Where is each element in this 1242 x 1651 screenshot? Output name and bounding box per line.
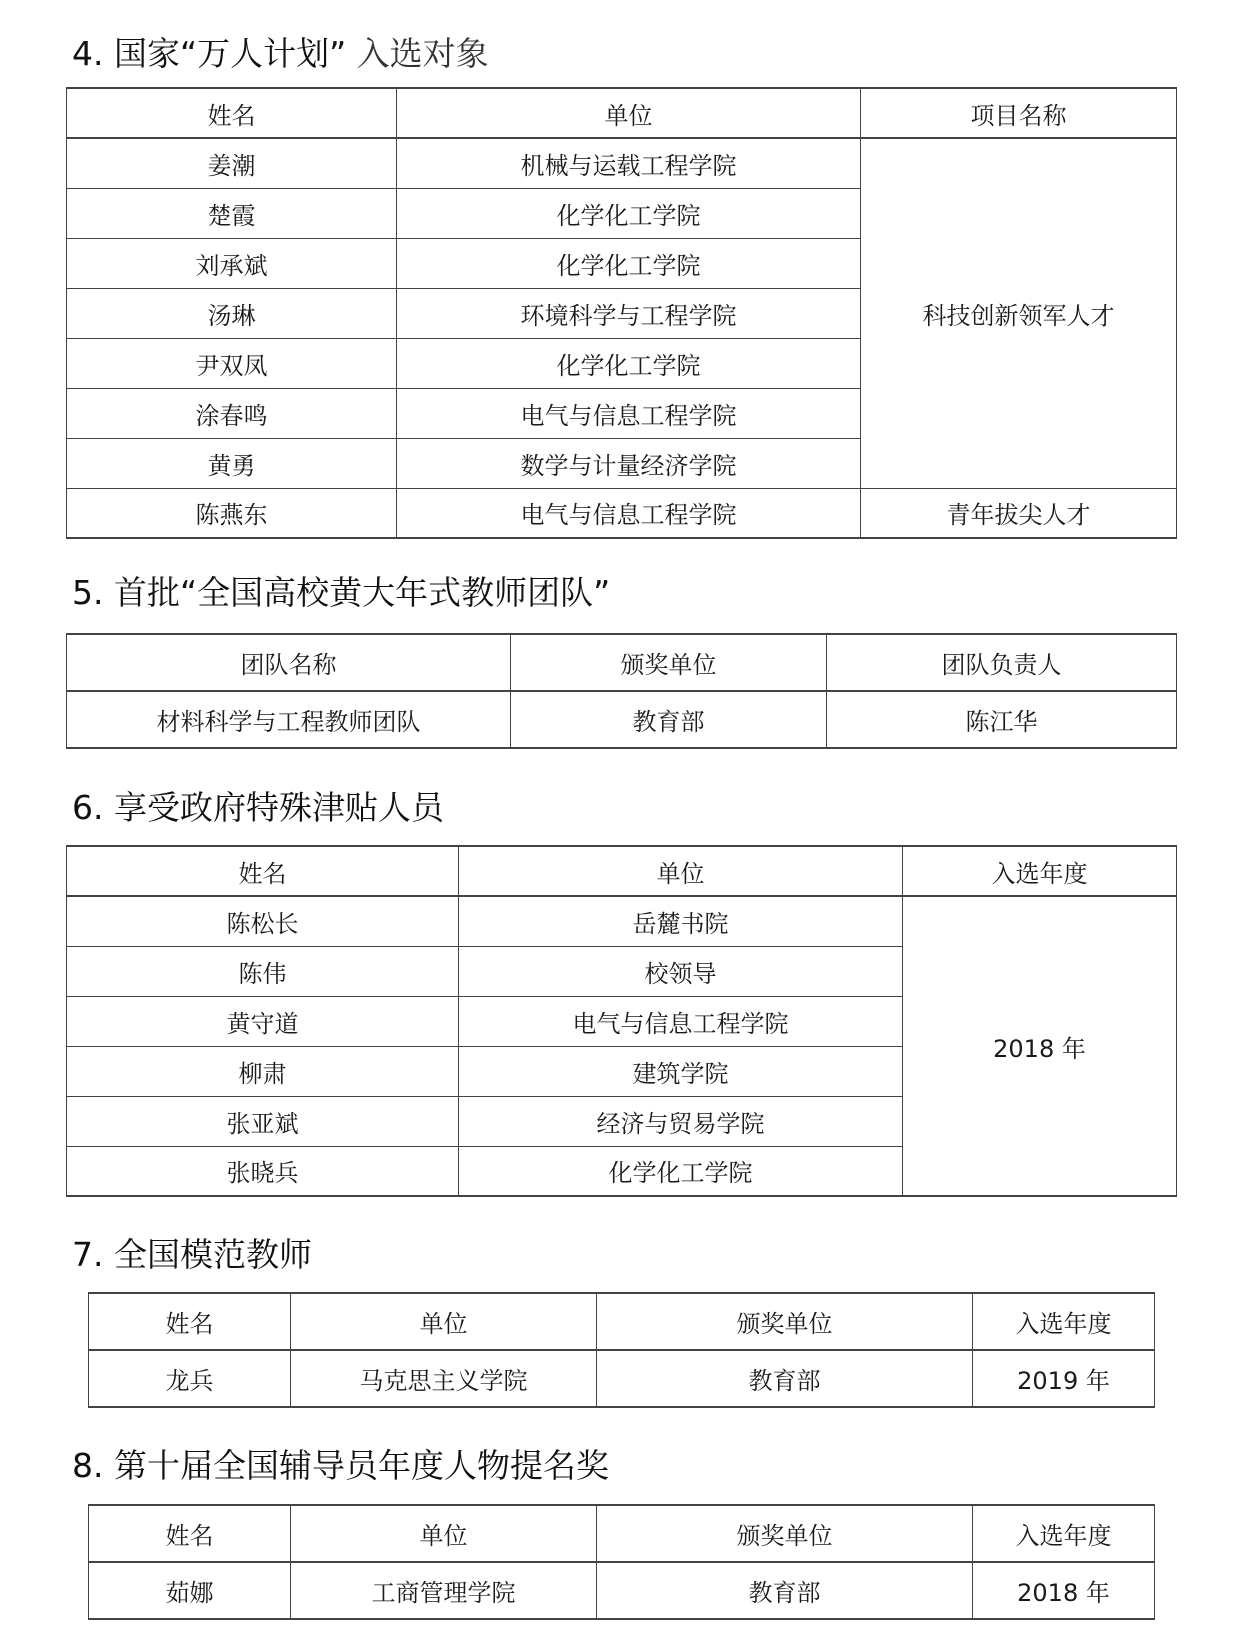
cell-unit: 马克思主义学院 (291, 1350, 597, 1407)
header-awarder: 颁奖单位 (597, 1293, 973, 1350)
table-counselor-nominee: 姓名 单位 颁奖单位 入选年度 茹娜 工商管理学院 教育部 2018 年 (88, 1504, 1155, 1620)
cell-name: 张亚斌 (67, 1096, 459, 1146)
table-row: 姜潮 机械与运载工程学院 科技创新领军人才 (67, 138, 1177, 188)
table-header-row: 姓名 单位 项目名称 (67, 88, 1177, 138)
table-header-row: 团队名称 颁奖单位 团队负责人 (67, 634, 1177, 691)
header-unit: 单位 (397, 88, 861, 138)
cell-unit: 电气与信息工程学院 (397, 388, 861, 438)
cell-name: 姜潮 (67, 138, 397, 188)
cell-unit: 工商管理学院 (291, 1562, 597, 1619)
section-4-title-main: 4. 国家“万人计划” (72, 34, 346, 73)
table-row: 茹娜 工商管理学院 教育部 2018 年 (89, 1562, 1155, 1619)
header-awarder: 颁奖单位 (597, 1505, 973, 1562)
cell-name: 楚霞 (67, 188, 397, 238)
header-year: 入选年度 (973, 1293, 1155, 1350)
header-unit: 单位 (291, 1505, 597, 1562)
section-6-title: 6. 享受政府特殊津贴人员 (72, 788, 444, 828)
header-unit: 单位 (459, 846, 903, 896)
section-5-title: 5. 首批“全国高校黄大年式教师团队” (72, 573, 610, 613)
cell-unit: 经济与贸易学院 (459, 1096, 903, 1146)
cell-year-merged: 2018 年 (903, 896, 1177, 1196)
header-project: 项目名称 (861, 88, 1177, 138)
cell-unit: 环境科学与工程学院 (397, 288, 861, 338)
cell-name: 柳肃 (67, 1046, 459, 1096)
cell-name: 黄守道 (67, 996, 459, 1046)
cell-name: 尹双凤 (67, 338, 397, 388)
cell-unit: 机械与运载工程学院 (397, 138, 861, 188)
header-name: 姓名 (89, 1293, 291, 1350)
section-4-title: 4. 国家“万人计划” 入选对象 (72, 34, 489, 74)
cell-unit: 化学化工学院 (459, 1146, 903, 1196)
table-wanren-plan: 姓名 单位 项目名称 姜潮 机械与运载工程学院 科技创新领军人才 楚霞 化学化工… (66, 87, 1177, 539)
table-header-row: 姓名 单位 入选年度 (67, 846, 1177, 896)
header-name: 姓名 (67, 88, 397, 138)
header-awarder: 颁奖单位 (511, 634, 827, 691)
cell-team-leader: 陈江华 (827, 691, 1177, 748)
header-unit: 单位 (291, 1293, 597, 1350)
header-team-name: 团队名称 (67, 634, 511, 691)
cell-name: 龙兵 (89, 1350, 291, 1407)
cell-name: 陈燕东 (67, 488, 397, 538)
table-huang-danian-team: 团队名称 颁奖单位 团队负责人 材料科学与工程教师团队 教育部 陈江华 (66, 633, 1177, 749)
header-year: 入选年度 (903, 846, 1177, 896)
table-row: 龙兵 马克思主义学院 教育部 2019 年 (89, 1350, 1155, 1407)
cell-awarder: 教育部 (597, 1562, 973, 1619)
cell-unit: 化学化工学院 (397, 238, 861, 288)
table-header-row: 姓名 单位 颁奖单位 入选年度 (89, 1293, 1155, 1350)
table-model-teacher: 姓名 单位 颁奖单位 入选年度 龙兵 马克思主义学院 教育部 2019 年 (88, 1292, 1155, 1408)
cell-project: 青年拔尖人才 (861, 488, 1177, 538)
section-8-title: 8. 第十届全国辅导员年度人物提名奖 (72, 1446, 609, 1486)
cell-team-name: 材料科学与工程教师团队 (67, 691, 511, 748)
cell-name: 汤琳 (67, 288, 397, 338)
cell-name: 陈松长 (67, 896, 459, 946)
header-name: 姓名 (67, 846, 459, 896)
table-row: 陈燕东 电气与信息工程学院 青年拔尖人才 (67, 488, 1177, 538)
section-4-title-tail: 入选对象 (357, 34, 489, 73)
cell-name: 张晓兵 (67, 1146, 459, 1196)
cell-unit: 化学化工学院 (397, 338, 861, 388)
cell-unit: 电气与信息工程学院 (397, 488, 861, 538)
cell-name: 涂春鸣 (67, 388, 397, 438)
cell-unit: 岳麓书院 (459, 896, 903, 946)
cell-unit: 数学与计量经济学院 (397, 438, 861, 488)
cell-name: 陈伟 (67, 946, 459, 996)
cell-awarder: 教育部 (511, 691, 827, 748)
table-row: 材料科学与工程教师团队 教育部 陈江华 (67, 691, 1177, 748)
cell-awarder: 教育部 (597, 1350, 973, 1407)
header-year: 入选年度 (973, 1505, 1155, 1562)
cell-name: 黄勇 (67, 438, 397, 488)
table-header-row: 姓名 单位 颁奖单位 入选年度 (89, 1505, 1155, 1562)
cell-unit: 化学化工学院 (397, 188, 861, 238)
cell-name: 刘承斌 (67, 238, 397, 288)
cell-name: 茹娜 (89, 1562, 291, 1619)
cell-unit: 建筑学院 (459, 1046, 903, 1096)
cell-project-merged: 科技创新领军人才 (861, 138, 1177, 488)
table-row: 陈松长 岳麓书院 2018 年 (67, 896, 1177, 946)
header-team-leader: 团队负责人 (827, 634, 1177, 691)
cell-unit: 校领导 (459, 946, 903, 996)
cell-unit: 电气与信息工程学院 (459, 996, 903, 1046)
cell-year: 2018 年 (973, 1562, 1155, 1619)
table-special-allowance: 姓名 单位 入选年度 陈松长 岳麓书院 2018 年 陈伟 校领导 黄守道 电气… (66, 845, 1177, 1197)
header-name: 姓名 (89, 1505, 291, 1562)
section-7-title: 7. 全国模范教师 (72, 1235, 312, 1275)
cell-year: 2019 年 (973, 1350, 1155, 1407)
